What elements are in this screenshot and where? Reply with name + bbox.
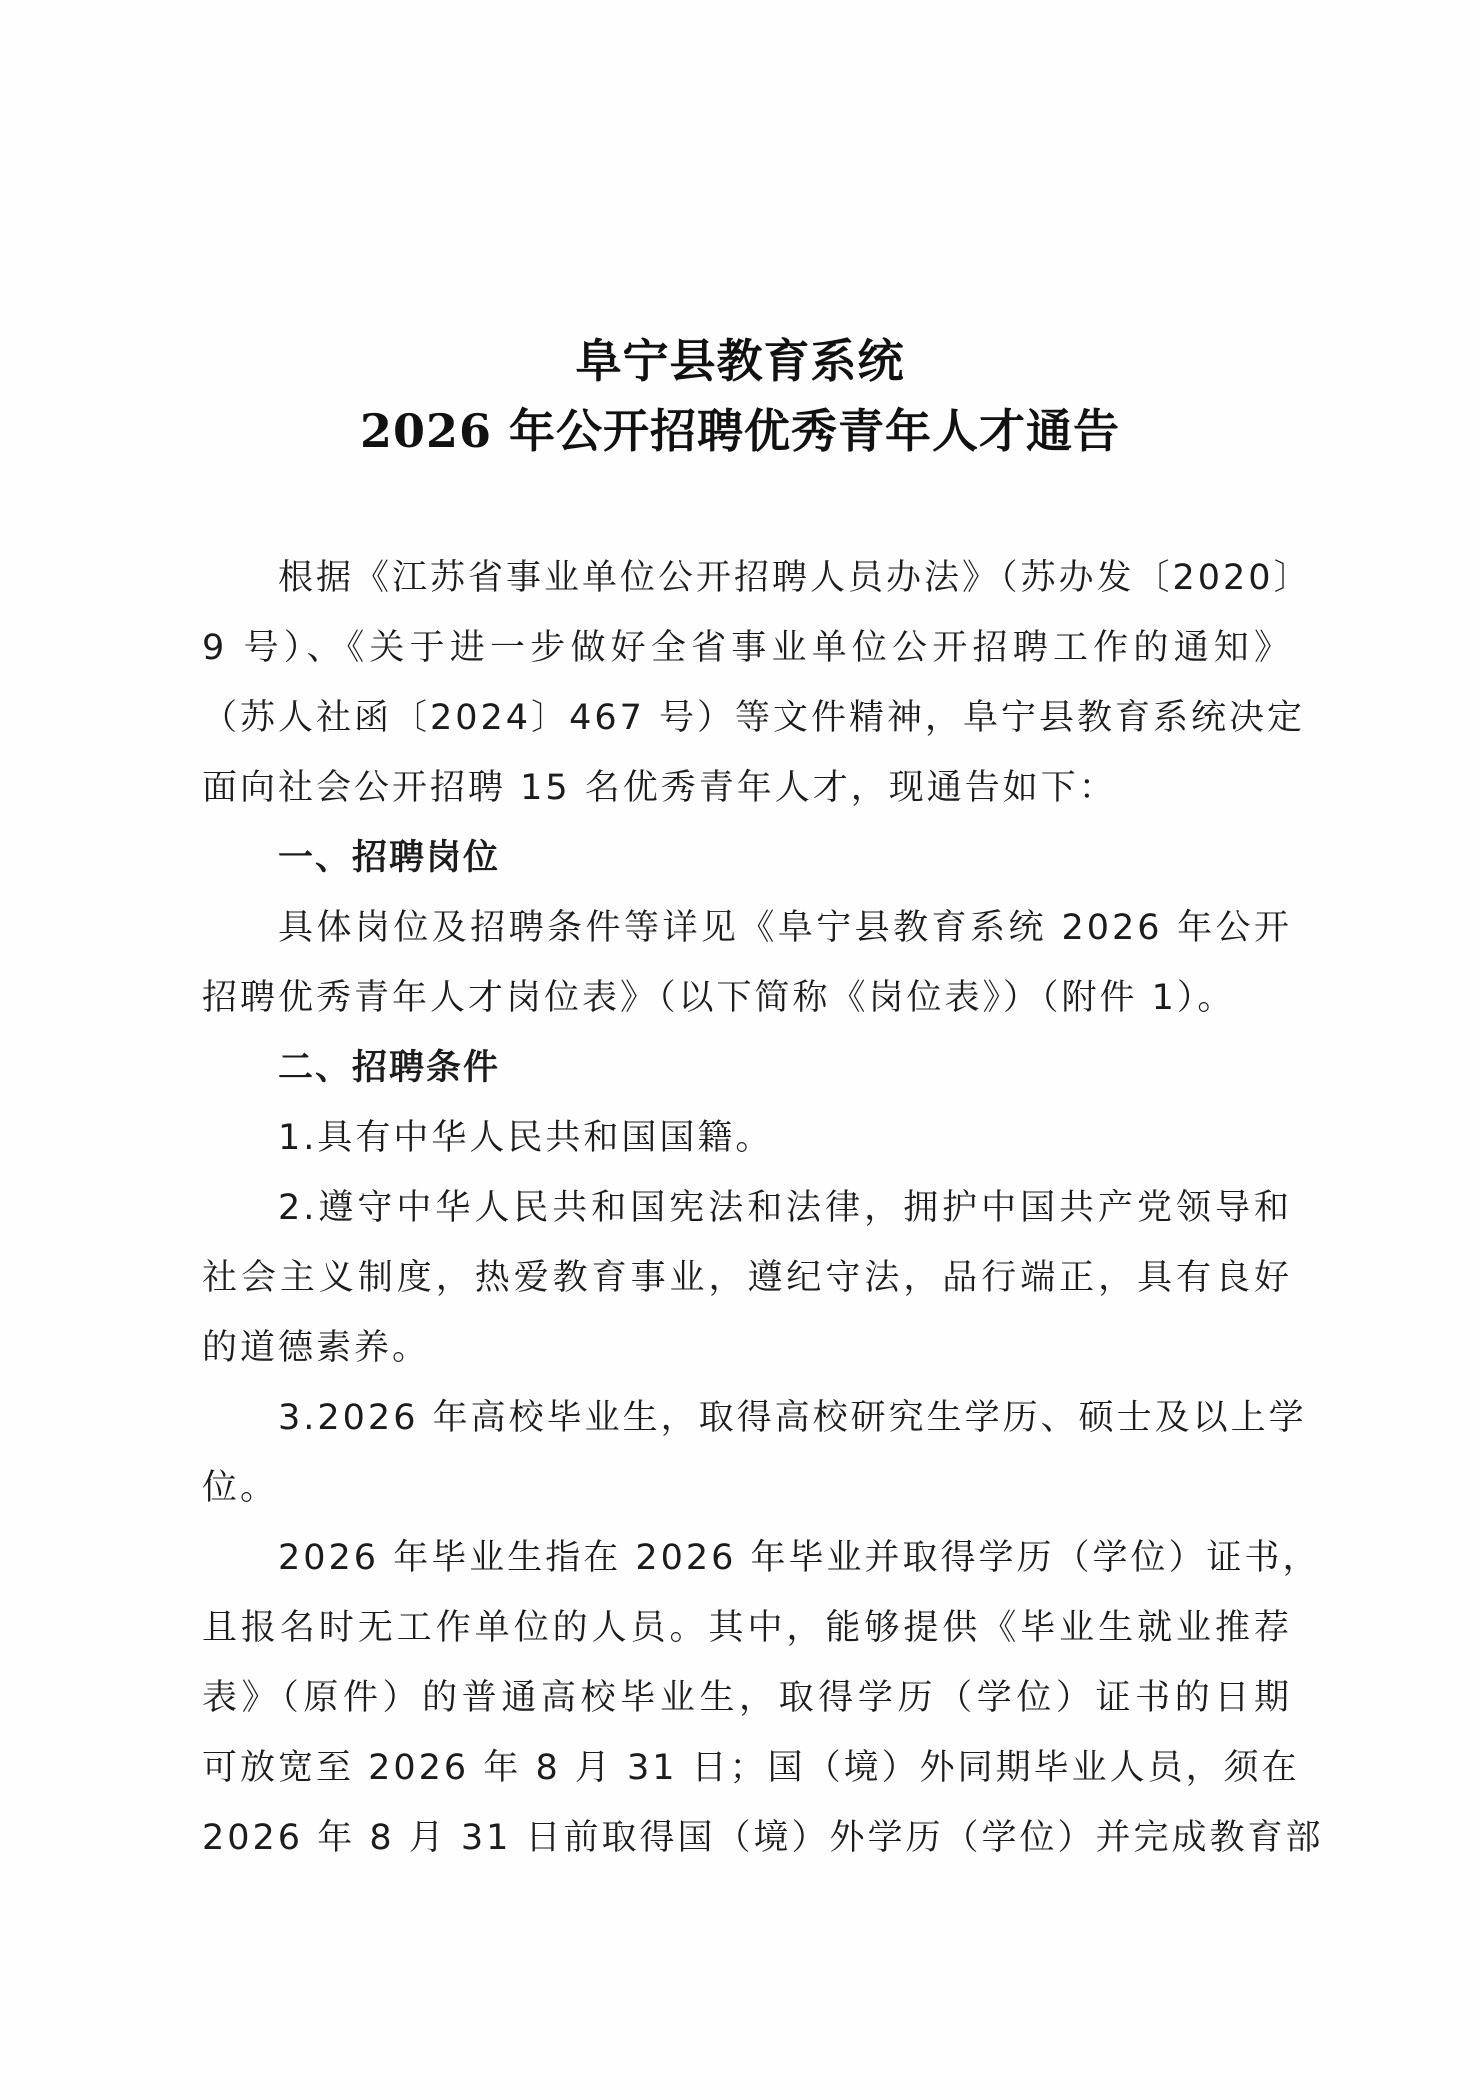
document-page: 阜宁县教育系统 2026 年公开招聘优秀青年人才通告 根据《江苏省事业单位公开招… [0,0,1480,2100]
section-heading-conditions: 二、招聘条件 [278,1048,1292,1088]
condition-item: 社会主义制度，热爱教育事业，遵纪守法，品行端正，具有良好 [202,1258,1292,1298]
note-line: 可放宽至 2026 年 8 月 31 日；国（境）外同期毕业人员，须在 [202,1748,1292,1788]
document-title-line1: 阜宁县教育系统 [0,325,1480,391]
section-heading-positions: 一、招聘岗位 [278,838,1292,878]
condition-item: 的道德素养。 [202,1328,1292,1368]
intro-line: 9 号）、《关于进一步做好全省事业单位公开招聘工作的通知》 [202,628,1292,668]
note-line: 且报名时无工作单位的人员。其中，能够提供《毕业生就业推荐 [202,1608,1292,1648]
intro-line: 面向社会公开招聘 15 名优秀青年人才，现通告如下： [202,768,1292,808]
note-line: 表》（原件）的普通高校毕业生，取得学历（学位）证书的日期 [202,1678,1292,1718]
note-line: 2026 年毕业生指在 2026 年毕业并取得学历（学位）证书， [278,1538,1292,1578]
document-title-line2: 2026 年公开招聘优秀青年人才通告 [0,395,1480,461]
condition-item: 位。 [202,1468,1292,1508]
section-line: 具体岗位及招聘条件等详见《阜宁县教育系统 2026 年公开 [278,908,1292,948]
section-line: 招聘优秀青年人才岗位表》（以下简称《岗位表》）（附件 1）。 [202,978,1292,1018]
condition-item: 3.2026 年高校毕业生，取得高校研究生学历、硕士及以上学 [278,1398,1292,1438]
intro-line: （苏人社函〔2024〕467 号）等文件精神，阜宁县教育系统决定 [202,698,1292,738]
condition-item: 2.遵守中华人民共和国宪法和法律，拥护中国共产党领导和 [278,1188,1292,1228]
intro-line: 根据《江苏省事业单位公开招聘人员办法》（苏办发〔2020〕 [278,558,1292,598]
note-line: 2026 年 8 月 31 日前取得国（境）外学历（学位）并完成教育部 [202,1818,1292,1858]
condition-item: 1.具有中华人民共和国国籍。 [278,1118,1292,1158]
